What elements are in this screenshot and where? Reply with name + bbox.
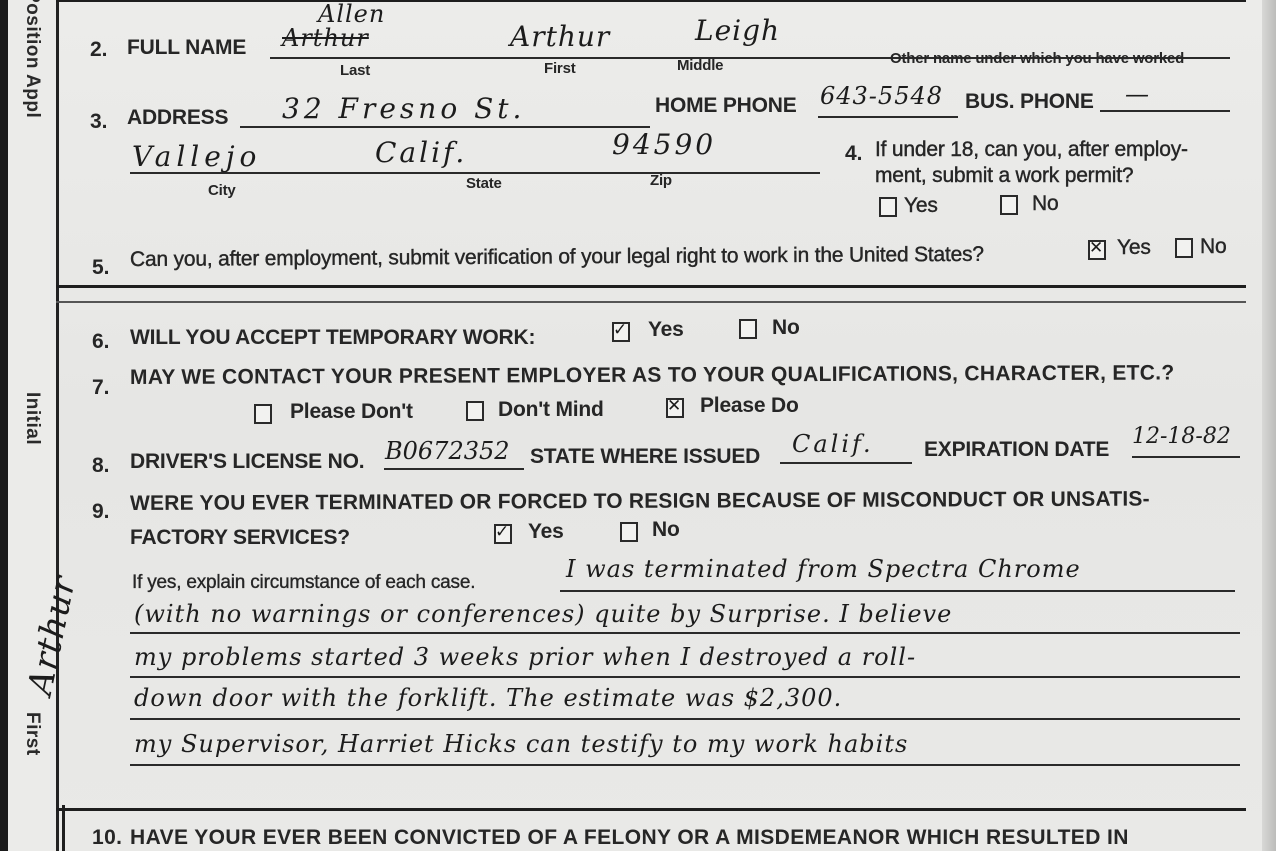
- q2-number: 2.: [90, 38, 108, 62]
- scan-edge: [0, 0, 8, 851]
- q3-label: ADDRESS: [127, 106, 228, 130]
- explain-line-5: [130, 764, 1240, 766]
- section-divider-1: [56, 285, 1246, 288]
- q5-no-label: No: [1200, 235, 1226, 259]
- full-name-last-crossed: Arthur: [282, 24, 369, 52]
- bus-phone-label: BUS. PHONE: [965, 90, 1094, 114]
- sub-label-city: City: [208, 182, 236, 199]
- q9-yes-label: Yes: [528, 520, 564, 544]
- section-divider-1b: [56, 301, 1246, 303]
- expiration-line: [1132, 456, 1240, 458]
- q4-line1: If under 18, can you, after employ-: [875, 138, 1188, 162]
- home-phone-label: HOME PHONE: [655, 94, 797, 118]
- explain-text-2[interactable]: (with no warnings or conferences) quite …: [134, 600, 952, 628]
- q10-number: 10.: [92, 826, 122, 850]
- q5-number: 5.: [92, 256, 110, 280]
- sub-label-middle: Middle: [677, 57, 723, 74]
- explain-line-1: [560, 590, 1235, 592]
- sub-label-zip: Zip: [650, 172, 672, 189]
- q5-no-checkbox[interactable]: [1175, 238, 1193, 258]
- q2-label: FULL NAME: [127, 36, 246, 60]
- q6-no-checkbox[interactable]: [739, 319, 757, 339]
- address-city[interactable]: Vallejo: [132, 140, 261, 173]
- explain-text-3[interactable]: my problems started 3 weeks prior when I…: [134, 643, 916, 671]
- address-street-line: [240, 126, 650, 128]
- license-line: [384, 468, 524, 470]
- q4-no-checkbox[interactable]: [1000, 195, 1018, 215]
- q6-yes-checkbox[interactable]: [612, 322, 630, 342]
- home-phone-line: [818, 116, 958, 118]
- home-phone-value[interactable]: 643-5548: [820, 82, 943, 110]
- q7-dont-mind-checkbox[interactable]: [466, 401, 484, 421]
- q7-please-dont-label: Please Don't: [290, 400, 413, 424]
- sub-label-state: State: [466, 175, 502, 192]
- q4-number: 4.: [845, 142, 863, 166]
- explain-line-2: [130, 632, 1240, 634]
- q5-yes-checkbox[interactable]: [1088, 240, 1106, 260]
- q4-yes-label: Yes: [904, 194, 938, 218]
- q4-line2: ment, submit a work permit?: [875, 164, 1133, 188]
- explain-text-5[interactable]: my Supervisor, Harriet Hicks can testify…: [134, 730, 908, 758]
- sub-label-other-name: Other name under which you have worked: [890, 50, 1184, 67]
- margin-initial-label: Initial: [21, 392, 43, 445]
- address-zip[interactable]: 94590: [612, 128, 716, 161]
- q9-line1: WERE YOU EVER TERMINATED OR FORCED TO RE…: [130, 488, 1150, 516]
- q10-question: HAVE YOUR EVER BEEN CONVICTED OF A FELON…: [130, 826, 1129, 849]
- q6-number: 6.: [92, 330, 110, 354]
- q7-number: 7.: [92, 376, 110, 400]
- q9-yes-checkbox[interactable]: [494, 524, 512, 544]
- expiration-label: EXPIRATION DATE: [924, 438, 1109, 462]
- bus-phone-value[interactable]: —: [1125, 80, 1150, 108]
- sub-label-first: First: [544, 60, 576, 77]
- explain-text-4[interactable]: down door with the forklift. The estimat…: [134, 684, 842, 712]
- bus-phone-line: [1100, 110, 1230, 112]
- license-label: DRIVER'S LICENSE NO.: [130, 450, 364, 474]
- q7-text: MAY WE CONTACT YOUR PRESENT EMPLOYER AS …: [130, 361, 1175, 390]
- state-issued-label: STATE WHERE ISSUED: [530, 445, 760, 469]
- q10-text: 10. HAVE YOUR EVER BEEN CONVICTED OF A F…: [130, 826, 1129, 850]
- q5-yes-label: Yes: [1117, 236, 1151, 260]
- q3-number: 3.: [90, 110, 108, 134]
- full-name-middle[interactable]: Leigh: [695, 14, 780, 47]
- full-name-first[interactable]: Arthur: [510, 20, 610, 53]
- scan-edge-right: [1262, 0, 1276, 851]
- margin-first-label: First: [21, 712, 43, 756]
- sub-label-last: Last: [340, 62, 370, 79]
- section-divider-2: [56, 808, 1246, 811]
- expiration-date[interactable]: 12-18-82: [1132, 424, 1231, 449]
- q9-no-checkbox[interactable]: [620, 522, 638, 542]
- address-street[interactable]: 32 Fresno St.: [282, 92, 525, 125]
- explain-label: If yes, explain circumstance of each cas…: [132, 572, 475, 594]
- explain-text-1[interactable]: I was terminated from Spectra Chrome: [566, 555, 1081, 583]
- state-issued-line: [780, 462, 912, 464]
- q7-please-do-checkbox[interactable]: [666, 398, 684, 418]
- q5-text: Can you, after employment, submit verifi…: [130, 243, 984, 272]
- q7-dont-mind-label: Don't Mind: [498, 398, 604, 422]
- q4-no-label: No: [1032, 192, 1058, 216]
- q9-no-label: No: [652, 518, 680, 542]
- q6-text: WILL YOU ACCEPT TEMPORARY WORK:: [130, 326, 535, 350]
- application-form-page: Position Appl Initial First Arthur 2. FU…: [0, 0, 1276, 851]
- margin-position-label: Position Appl: [21, 0, 43, 118]
- license-number[interactable]: B0672352: [385, 437, 510, 465]
- state-issued-value[interactable]: Calif.: [792, 430, 874, 458]
- q7-please-do-label: Please Do: [700, 394, 799, 418]
- q9-line2: FACTORY SERVICES?: [130, 526, 350, 550]
- q8-number: 8.: [92, 454, 110, 478]
- q4-yes-checkbox[interactable]: [879, 197, 897, 217]
- explain-line-4: [130, 718, 1240, 720]
- section-top-rule: [56, 0, 1246, 2]
- q6-yes-label: Yes: [648, 318, 684, 342]
- address-state[interactable]: Calif.: [375, 136, 467, 169]
- q7-please-dont-checkbox[interactable]: [254, 404, 272, 424]
- explain-line-3: [130, 676, 1240, 678]
- q6-no-label: No: [772, 316, 800, 340]
- q9-number: 9.: [92, 500, 110, 524]
- margin-divider: [56, 0, 59, 851]
- section-left-border: [62, 805, 65, 851]
